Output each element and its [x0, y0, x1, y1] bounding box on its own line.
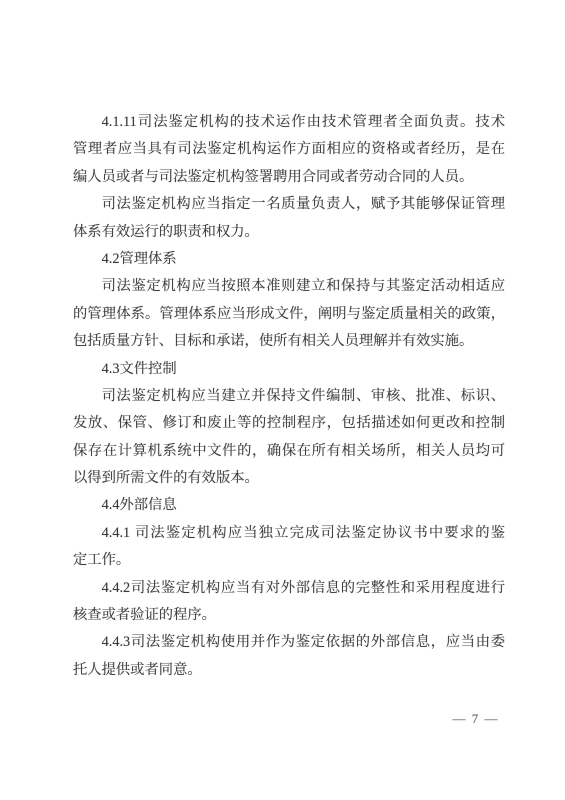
text-line: 定工作。 [73, 547, 505, 574]
text-line: 4.4.1 司法鉴定机构应当独立完成司法鉴定协议书中要求的鉴 [73, 520, 505, 547]
text-line: 司法鉴定机构应当指定一名质量负责人，赋予其能够保证管理 [73, 191, 505, 218]
text-line: 4.1.11司法鉴定机构的技术运作由技术管理者全面负责。技术 [73, 109, 505, 136]
text-line: 4.4.3司法鉴定机构使用并作为鉴定依据的外部信息，应当由委 [73, 629, 505, 656]
text-line: 发放、保管、修订和废止等的控制程序，包括描述如何更改和控制 [73, 410, 505, 437]
text-line: 管理者应当具有司法鉴定机构运作方面相应的资格或者经历，是在 [73, 136, 505, 163]
page-number: — 7 — [453, 711, 500, 727]
text-line: 司法鉴定机构应当建立并保持文件编制、审核、批准、标识、 [73, 383, 505, 410]
text-line: 4.4.2司法鉴定机构应当有对外部信息的完整性和采用程度进行 [73, 575, 505, 602]
text-column: 4.1.11司法鉴定机构的技术运作由技术管理者全面负责。技术管理者应当具有司法鉴… [73, 109, 505, 684]
text-line: 以得到所需文件的有效版本。 [73, 465, 505, 492]
text-line: 托人提供或者同意。 [73, 657, 505, 684]
text-line: 体系有效运行的职责和权力。 [73, 219, 505, 246]
text-line: 4.3文件控制 [73, 356, 505, 383]
text-line: 4.4外部信息 [73, 492, 505, 519]
text-line: 的管理体系。管理体系应当形成文件，阐明与鉴定质量相关的政策， [73, 301, 505, 328]
text-line: 包括质量方针、目标和承诺，使所有相关人员理解并有效实施。 [73, 328, 505, 355]
text-line: 4.2管理体系 [73, 246, 505, 273]
text-line: 编人员或者与司法鉴定机构签署聘用合同或者劳动合同的人员。 [73, 164, 505, 191]
text-line: 司法鉴定机构应当按照本准则建立和保持与其鉴定活动相适应 [73, 273, 505, 300]
text-line: 保存在计算机系统中文件的，确保在所有相关场所，相关人员均可 [73, 438, 505, 465]
text-line: 核查或者验证的程序。 [73, 602, 505, 629]
document-page: 4.1.11司法鉴定机构的技术运作由技术管理者全面负责。技术管理者应当具有司法鉴… [0, 0, 565, 800]
